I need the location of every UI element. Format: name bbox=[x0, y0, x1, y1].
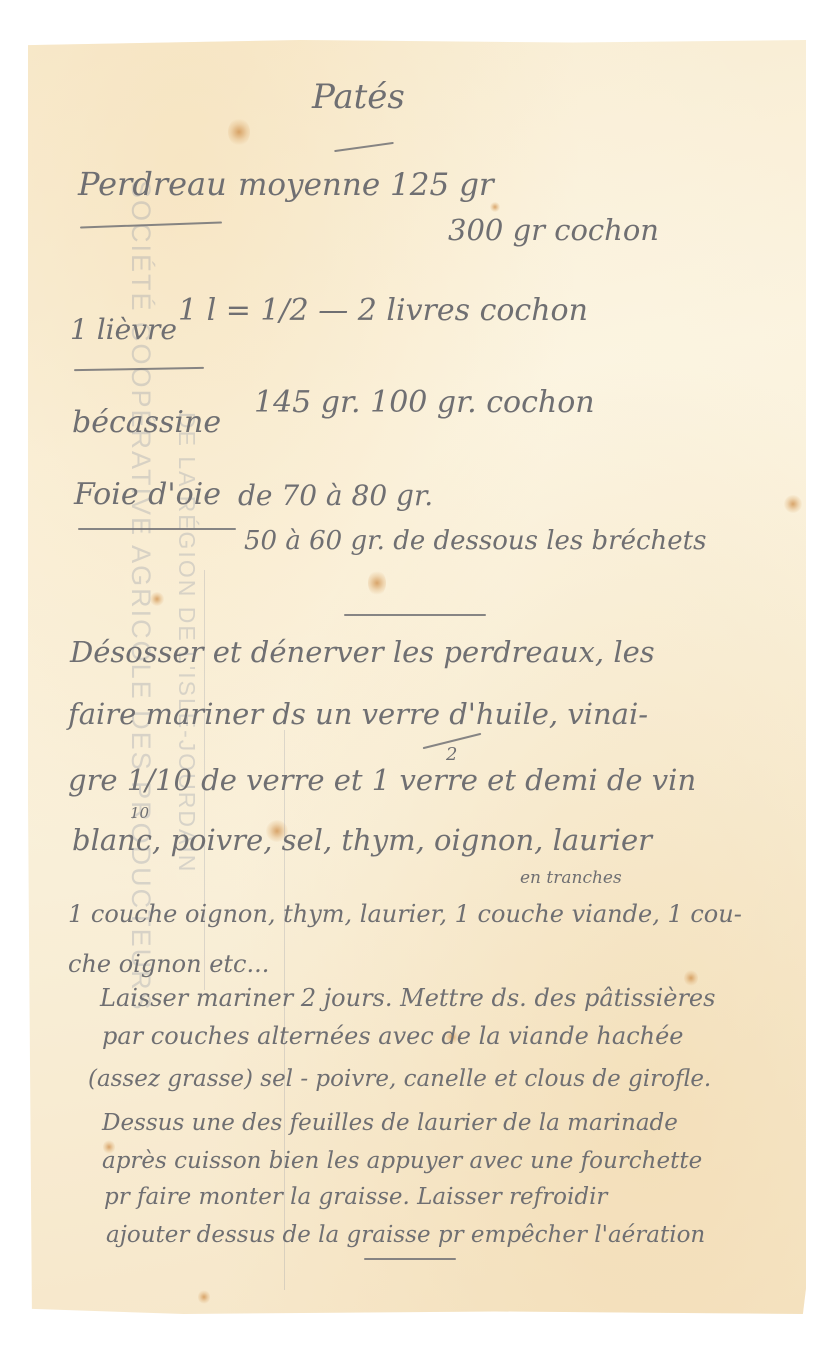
stain bbox=[198, 1290, 210, 1304]
item-lievre-label: 1 lièvre bbox=[70, 316, 177, 344]
stain bbox=[490, 202, 500, 212]
item-lievre-text: 1 l = 1/2 — 2 livres cochon bbox=[178, 296, 588, 326]
title-underline bbox=[334, 142, 394, 152]
fraction-denominator: 2 bbox=[446, 746, 457, 764]
instruction-line: ajouter dessus de la graisse pr empêcher… bbox=[106, 1224, 705, 1247]
item-becassine-label: bécassine bbox=[72, 408, 221, 438]
item-foie-sub: 50 à 60 gr. de dessous les bréchets bbox=[244, 528, 706, 554]
stain bbox=[368, 570, 386, 596]
watermark-line-1: SOCIÉTÉ COOPÉRATIVE AGRICOLE DES PRODUCT… bbox=[125, 180, 156, 1012]
instruction-line: gre 1/10 de verre et 1 verre et demi de … bbox=[68, 766, 696, 795]
scanned-page: SOCIÉTÉ COOPÉRATIVE AGRICOLE DES PRODUCT… bbox=[0, 0, 840, 1345]
instruction-line: che oignon etc... bbox=[68, 952, 269, 976]
item-perdreau-label: Perdreau bbox=[78, 168, 227, 200]
annotation-en-tranches: en tranches bbox=[520, 870, 622, 887]
instruction-line: Laisser mariner 2 jours. Mettre ds. des … bbox=[100, 986, 715, 1010]
stain bbox=[784, 495, 802, 513]
instruction-line: par couches alternées avec de la viande … bbox=[102, 1024, 684, 1048]
paper-sheet: SOCIÉTÉ COOPÉRATIVE AGRICOLE DES PRODUCT… bbox=[28, 40, 806, 1314]
instruction-line: blanc, poivre, sel, thym, oignon, laurie… bbox=[72, 826, 652, 855]
section-divider bbox=[344, 614, 486, 616]
instruction-line: après cuisson bien les appuyer avec une … bbox=[102, 1150, 702, 1173]
fraction-denominator: 10 bbox=[130, 806, 149, 821]
instruction-line: Dessus une des feuilles de laurier de la… bbox=[102, 1112, 678, 1135]
instruction-line: faire mariner ds un verre d'huile, vinai… bbox=[68, 700, 648, 729]
instruction-line: (assez grasse) sel - poivre, canelle et … bbox=[88, 1068, 711, 1091]
item-perdreau-weight: moyenne 125 gr bbox=[238, 170, 494, 201]
stain bbox=[228, 118, 250, 146]
closing-divider bbox=[364, 1258, 456, 1260]
instruction-line: pr faire monter la graisse. Laisser refr… bbox=[104, 1186, 607, 1209]
item-becassine-text: 145 gr. 100 gr. cochon bbox=[254, 388, 595, 418]
item-underline bbox=[78, 528, 236, 530]
page-title: Patés bbox=[312, 80, 405, 114]
instruction-line: Désosser et dénerver les perdreaux, les bbox=[70, 638, 655, 667]
item-foie-label: Foie d'oie bbox=[74, 480, 221, 510]
item-foie-text: de 70 à 80 gr. bbox=[238, 482, 433, 510]
instruction-line: 1 couche oignon, thym, laurier, 1 couche… bbox=[68, 902, 742, 926]
item-perdreau-pork: 300 gr cochon bbox=[448, 216, 659, 245]
